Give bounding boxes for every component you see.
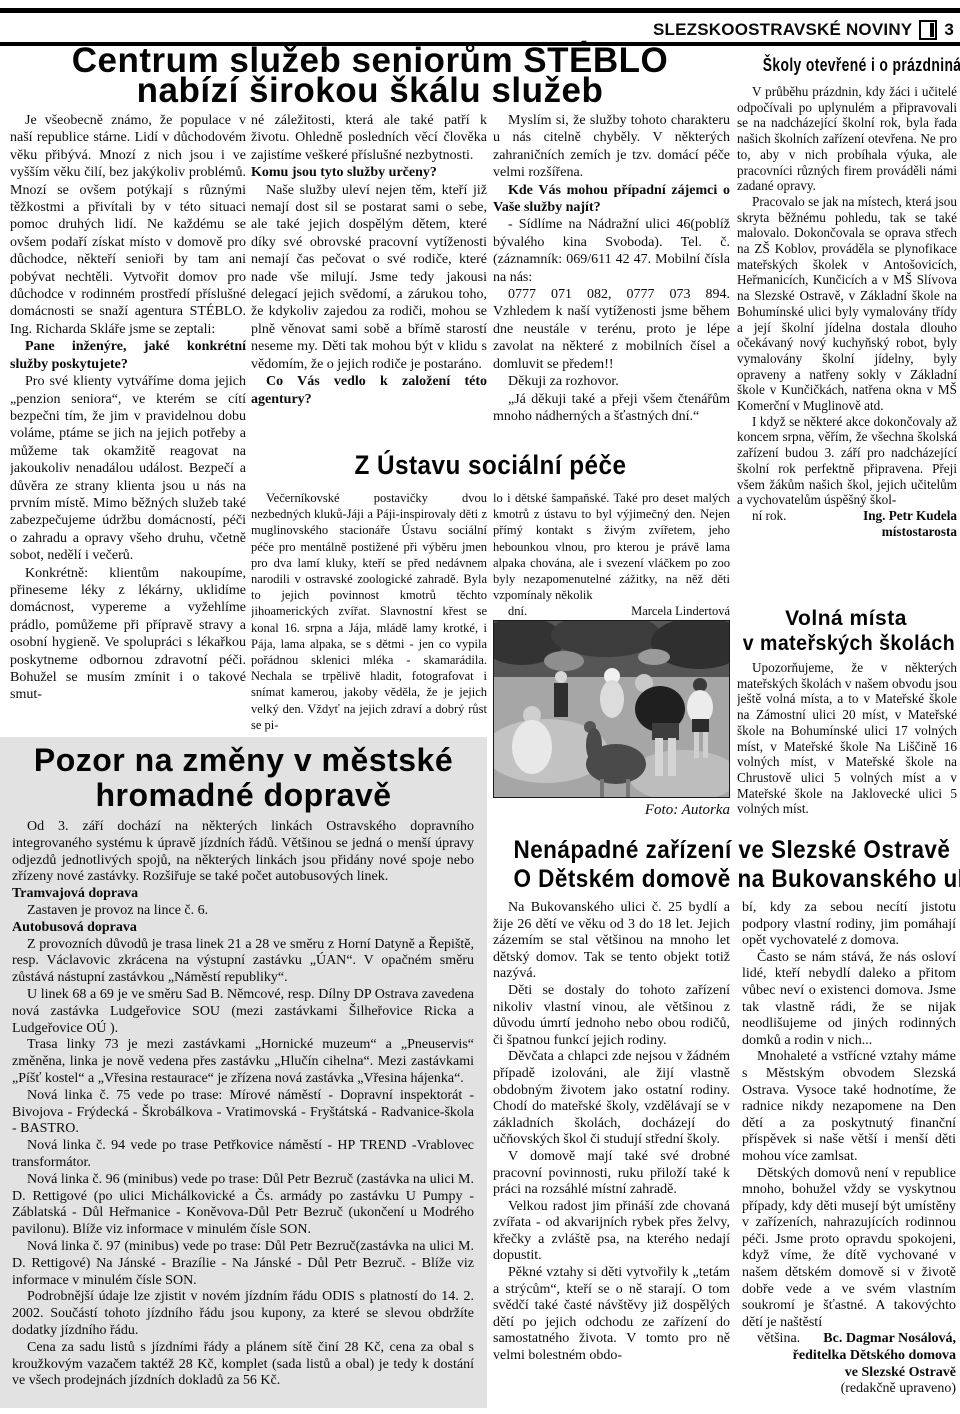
steblo-column-2: né záležitosti, která ale také patří k ž… xyxy=(251,112,487,448)
domov-column-b: bí, kdy za sebou necítí jistotu podpory … xyxy=(742,900,956,1408)
paragraph: 0777 071 082, 0777 073 894. Vzhledem k n… xyxy=(493,286,730,373)
newspaper-page: SLEZSKOOSTRAVSKÉ NOVINY 3 Centrum služeb… xyxy=(0,0,960,1414)
paragraph: „Já děkuji také a přeji všem čtenářům mn… xyxy=(493,391,730,426)
masthead: SLEZSKOOSTRAVSKÉ NOVINY 3 xyxy=(653,20,954,40)
steblo-headline: Centrum služeb seniorům STÉBLO nabízí ši… xyxy=(8,46,732,106)
paragraph: Nová linka č. 75 vede po trase: Mírové n… xyxy=(12,1088,474,1138)
paragraph: bí, kdy za sebou necítí jistotu podpory … xyxy=(742,900,956,950)
top-rule xyxy=(0,8,960,13)
author-byline: Marcela Lindertová xyxy=(616,603,730,619)
paragraph: Myslím si, že služby tohoto charakteru u… xyxy=(493,112,730,182)
steblo-headline-line2: nabízí širokou škálu služeb xyxy=(8,76,732,106)
byline-row: ní rok. Ing. Petr Kudela xyxy=(737,508,957,524)
skoly-headline: Školy otevřené i o prázdninách xyxy=(735,54,957,76)
paragraph: Děkuji za rozhovor. xyxy=(493,373,730,390)
ustav-column-2: lo i dětské šampaňské. Také pro deset ma… xyxy=(493,490,730,620)
paragraph: Konkrétně: klientům nakoupíme, přineseme… xyxy=(10,565,246,704)
subheading-bus: Autobusová doprava xyxy=(12,920,474,937)
paragraph: Děti se dostaly do tohoto zařízení nikol… xyxy=(493,983,730,1049)
ustav-headline: Z Ústavu sociální péče xyxy=(251,450,730,480)
paragraph: V průběhu prázdnin, kdy žáci i učitelé o… xyxy=(737,84,957,194)
ustav-column-1: Večerníkovské postavičky dvou nezbedných… xyxy=(251,490,487,736)
paragraph: Podrobnější údaje lze zjistit v novém jí… xyxy=(12,1289,474,1339)
paragraph: Je všeobecně známo, že populace v naší r… xyxy=(10,112,246,338)
pozor-article-box: Pozor na změny v městské hromadné doprav… xyxy=(0,737,487,1408)
paragraph: Trasa linky 73 je mezi zastávkami „Horni… xyxy=(12,1037,474,1087)
pozor-headline: Pozor na změny v městské hromadné doprav… xyxy=(0,743,487,813)
newspaper-page-icon xyxy=(919,20,937,40)
paragraph: Nová linka č. 96 (minibus) vede po trase… xyxy=(12,1172,474,1239)
paragraph: Zastaven je provoz na lince č. 6. xyxy=(12,903,474,920)
paragraph: Mnohaleté a vstřícné vztahy máme s Městs… xyxy=(742,1049,956,1165)
paragraph: Od 3. září dochází na některých linkách … xyxy=(12,819,474,886)
steblo-column-1: Je všeobecně známo, že populace v naší r… xyxy=(10,112,246,738)
author-title: ve Slezské Ostravě xyxy=(742,1365,956,1382)
paragraph: Cena za sadu listů s jízdními řády a plá… xyxy=(12,1340,474,1390)
subheading-tram: Tramvajová doprava xyxy=(12,886,474,903)
paragraph: Na Bukovanského ulici č. 25 bydlí a žije… xyxy=(493,900,730,983)
photo-caption: Foto: Autorka xyxy=(493,802,730,819)
paragraph: U linek 68 a 69 je ve směru Sad B. Němco… xyxy=(12,987,474,1037)
masthead-title: SLEZSKOOSTRAVSKÉ NOVINY xyxy=(653,20,912,40)
paragraph: Pěkné vztahy si děti vytvořily k „tetám … xyxy=(493,1265,730,1365)
author-title: ředitelka Dětského domova xyxy=(742,1348,956,1365)
photo-illustration xyxy=(494,621,729,797)
interview-question: Pane inženýre, jaké konkrétní služby pos… xyxy=(10,338,246,373)
paragraph: Z provozních důvodů je trasa linek 21 a … xyxy=(12,937,474,987)
skoly-body: V průběhu prázdnin, kdy žáci i učitelé o… xyxy=(737,84,957,604)
author-title: místostarosta xyxy=(737,524,957,540)
interview-question: Co Vás vedlo k založení této agentury? xyxy=(251,373,487,408)
paragraph: I když se některé akce dokončovaly až ko… xyxy=(737,414,957,508)
author-byline: Bc. Dagmar Nosálová, xyxy=(808,1331,956,1348)
paragraph: - Sídlíme na Nádražní ulici 46(poblíž bý… xyxy=(493,216,730,286)
volna-headline: Volná místa v mateřských školách xyxy=(735,606,957,656)
paragraph: Pro své klienty vytváříme doma jejich „p… xyxy=(10,373,246,564)
paragraph: né záležitosti, která ale také patří k ž… xyxy=(251,112,487,164)
paragraph: Naše služby uleví nejen těm, kteří již n… xyxy=(251,182,487,373)
text-fragment: ní rok. xyxy=(737,508,786,524)
byline-row: většina. Bc. Dagmar Nosálová, xyxy=(742,1331,956,1348)
paragraph: Pracovalo se jak na místech, která jsou … xyxy=(737,194,957,414)
paragraph: Často se nám stává, že nás osloví lidé, … xyxy=(742,950,956,1050)
paragraph: Nová linka č. 94 vede po trase Petřkovic… xyxy=(12,1138,474,1172)
editorial-note: (redakčně upraveno) xyxy=(742,1381,956,1398)
steblo-column-3: Myslím si, že služby tohoto charakteru u… xyxy=(493,112,730,450)
interview-question: Komu jsou tyto služby určeny? xyxy=(251,164,487,181)
paragraph: Děvčata a chlapci zde nejsou v žádném př… xyxy=(493,1049,730,1149)
interview-question: Kde Vás mohou případní zájemci o Vaše sl… xyxy=(493,182,730,217)
paragraph: Upozorňujeme, že v některých mateřských … xyxy=(737,660,957,817)
pozor-body: Od 3. září dochází na některých linkách … xyxy=(12,819,474,1401)
paragraph: Nová linka č. 97 (minibus) vede po trase… xyxy=(12,1239,474,1289)
paragraph: Velkou radost jim přináší zde chovaná zv… xyxy=(493,1199,730,1265)
text-fragment: většina. xyxy=(742,1331,800,1348)
paragraph: Večerníkovské postavičky dvou nezbedných… xyxy=(251,490,487,733)
author-byline: Ing. Petr Kudela xyxy=(848,508,957,524)
domov-headline: Nenápadné zařízení ve Slezské Ostravě O … xyxy=(490,836,960,894)
paragraph: lo i dětské šampaňské. Také pro deset ma… xyxy=(493,490,730,603)
photo-children-with-llama xyxy=(493,620,730,798)
domov-column-a: Na Bukovanského ulici č. 25 bydlí a žije… xyxy=(493,900,730,1408)
page-number: 3 xyxy=(944,20,954,40)
text-fragment: dní. xyxy=(493,603,527,619)
paragraph: V domově mají také své drobné pracovní p… xyxy=(493,1149,730,1199)
paragraph: Dětských domovů není v republice mnoho, … xyxy=(742,1166,956,1332)
byline-row: dní. Marcela Lindertová xyxy=(493,603,730,619)
